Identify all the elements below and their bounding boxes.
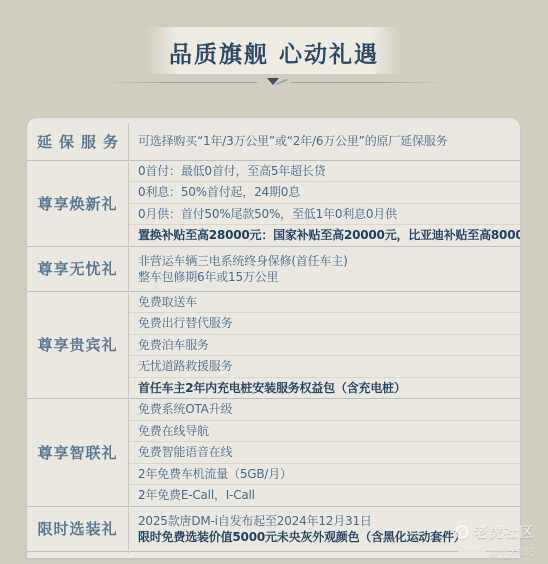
- benefit-item: 2年免费E-Call，I-Call: [128, 484, 520, 506]
- benefit-section: 尊享智联礼免费系统OTA升级免费在线导航免费智能语音在线2年免费车机流量（5GB…: [27, 398, 520, 506]
- benefit-item: 免费出行替代服务: [128, 312, 520, 334]
- benefit-text: 无忧道路救援服务: [138, 359, 518, 374]
- benefit-text: 2025款唐DM-i自发布起至2024年12月31日: [138, 513, 518, 529]
- benefit-text: 整车包修期6年或15万公里: [138, 269, 518, 285]
- benefit-text: 免费在线导航: [138, 424, 518, 439]
- benefit-text: 免费出行替代服务: [138, 316, 518, 331]
- benefit-text: 0首付：最低0首付，至高5年超长贷: [138, 164, 518, 179]
- header: 品质旗舰 心动礼遇: [0, 0, 548, 118]
- section-items: 非营运车辆三电系统终身保修(首任车主)整车包修期6年或15万公里: [128, 247, 520, 291]
- section-items: 0首付：最低0首付，至高5年超长贷0利息：50%首付起，24期0息0月供：首付5…: [128, 161, 520, 246]
- benefit-item: 置换补贴至高28000元：国家补贴至高20000元，比亚迪补贴至高8000元: [128, 224, 520, 246]
- page-title: 品质旗舰 心动礼遇: [0, 36, 548, 69]
- benefit-text: 0月供：首付50%尾款50%，至低1年0利息0月供: [138, 207, 518, 222]
- benefit-item: 免费泊车服务: [128, 334, 520, 356]
- section-label: 尊享焕新礼: [27, 161, 128, 246]
- section-items: 免费取送车免费出行替代服务免费泊车服务无忧道路救援服务首任车主2年内充电桩安装服…: [128, 292, 520, 399]
- benefit-section: 延保服务可选择购买“1年/3万公里”或“2年/6万公里”的原厂延保服务: [27, 123, 520, 160]
- section-label: 限时选装礼: [27, 507, 128, 551]
- benefit-text: 可选择购买“1年/3万公里”或“2年/6万公里”的原厂延保服务: [138, 134, 518, 149]
- benefit-item: 0首付：最低0首付，至高5年超长贷: [128, 161, 520, 182]
- section-items: 免费系统OTA升级免费在线导航免费智能语音在线2年免费车机流量（5GB/月）2年…: [128, 399, 520, 506]
- benefit-text: 非营运车辆三电系统终身保修(首任车主): [138, 253, 518, 269]
- benefit-item: 2年免费车机流量（5GB/月）: [128, 463, 520, 485]
- benefit-item: 首任车主2年内充电桩安装服务权益包（含充电桩）: [128, 377, 520, 399]
- section-label: 尊享贵宾礼: [27, 292, 128, 399]
- benefit-item: 可选择购买“1年/3万公里”或“2年/6万公里”的原厂延保服务: [128, 123, 520, 160]
- benefits-table: 延保服务可选择购买“1年/3万公里”或“2年/6万公里”的原厂延保服务尊享焕新礼…: [27, 118, 520, 552]
- benefit-text: 免费泊车服务: [138, 338, 518, 353]
- benefit-item: 0利息：50%首付起，24期0息: [128, 181, 520, 203]
- benefit-item: 0月供：首付50%尾款50%，至低1年0利息0月供: [128, 203, 520, 225]
- benefit-text: 2年免费E-Call，I-Call: [138, 488, 518, 503]
- benefit-text: 免费智能语音在线: [138, 445, 518, 460]
- benefit-section: 尊享无忧礼非营运车辆三电系统终身保修(首任车主)整车包修期6年或15万公里: [27, 246, 520, 291]
- benefit-text: 首任车主2年内充电桩安装服务权益包（含充电桩）: [138, 381, 518, 396]
- benefit-item: 2025款唐DM-i自发布起至2024年12月31日限时免费选装价值5000元未…: [128, 507, 520, 551]
- benefit-text: 限时免费选装价值5000元未央灰外观颜色（含黑化运动套件）: [138, 529, 518, 545]
- section-items: 可选择购买“1年/3万公里”或“2年/6万公里”的原厂延保服务: [128, 123, 520, 160]
- benefit-item: 免费智能语音在线: [128, 441, 520, 463]
- divider-line-right: [291, 82, 444, 83]
- benefit-section: 限时选装礼2025款唐DM-i自发布起至2024年12月31日限时免费选装价值5…: [27, 506, 520, 552]
- benefit-item: 无忧道路救援服务: [128, 355, 520, 377]
- benefit-text: 免费系统OTA升级: [138, 402, 518, 417]
- section-label: 尊享智联礼: [27, 399, 128, 506]
- benefit-item: 免费在线导航: [128, 420, 520, 442]
- benefit-text: 0利息：50%首付起，24期0息: [138, 185, 518, 200]
- benefit-item: 免费系统OTA升级: [128, 399, 520, 420]
- header-divider: [104, 76, 444, 88]
- section-label: 延保服务: [27, 123, 128, 160]
- divider-line-left: [104, 82, 257, 83]
- benefit-item: 免费取送车: [128, 292, 520, 313]
- chevron-down-icon: [259, 76, 289, 88]
- benefit-text: 免费取送车: [138, 295, 518, 310]
- benefit-section: 尊享焕新礼0首付：最低0首付，至高5年超长贷0利息：50%首付起，24期0息0月…: [27, 160, 520, 246]
- benefit-text: 置换补贴至高28000元：国家补贴至高20000元，比亚迪补贴至高8000元: [138, 228, 518, 243]
- benefit-item: 非营运车辆三电系统终身保修(首任车主)整车包修期6年或15万公里: [128, 247, 520, 291]
- section-label: 尊享无忧礼: [27, 247, 128, 291]
- benefit-section: 尊享贵宾礼免费取送车免费出行替代服务免费泊车服务无忧道路救援服务首任车主2年内充…: [27, 291, 520, 399]
- benefits-card: 延保服务可选择购买“1年/3万公里”或“2年/6万公里”的原厂延保服务尊享焕新礼…: [27, 118, 520, 558]
- benefit-text: 2年免费车机流量（5GB/月）: [138, 467, 518, 482]
- column-divider: [128, 123, 129, 553]
- section-items: 2025款唐DM-i自发布起至2024年12月31日限时免费选装价值5000元未…: [128, 507, 520, 551]
